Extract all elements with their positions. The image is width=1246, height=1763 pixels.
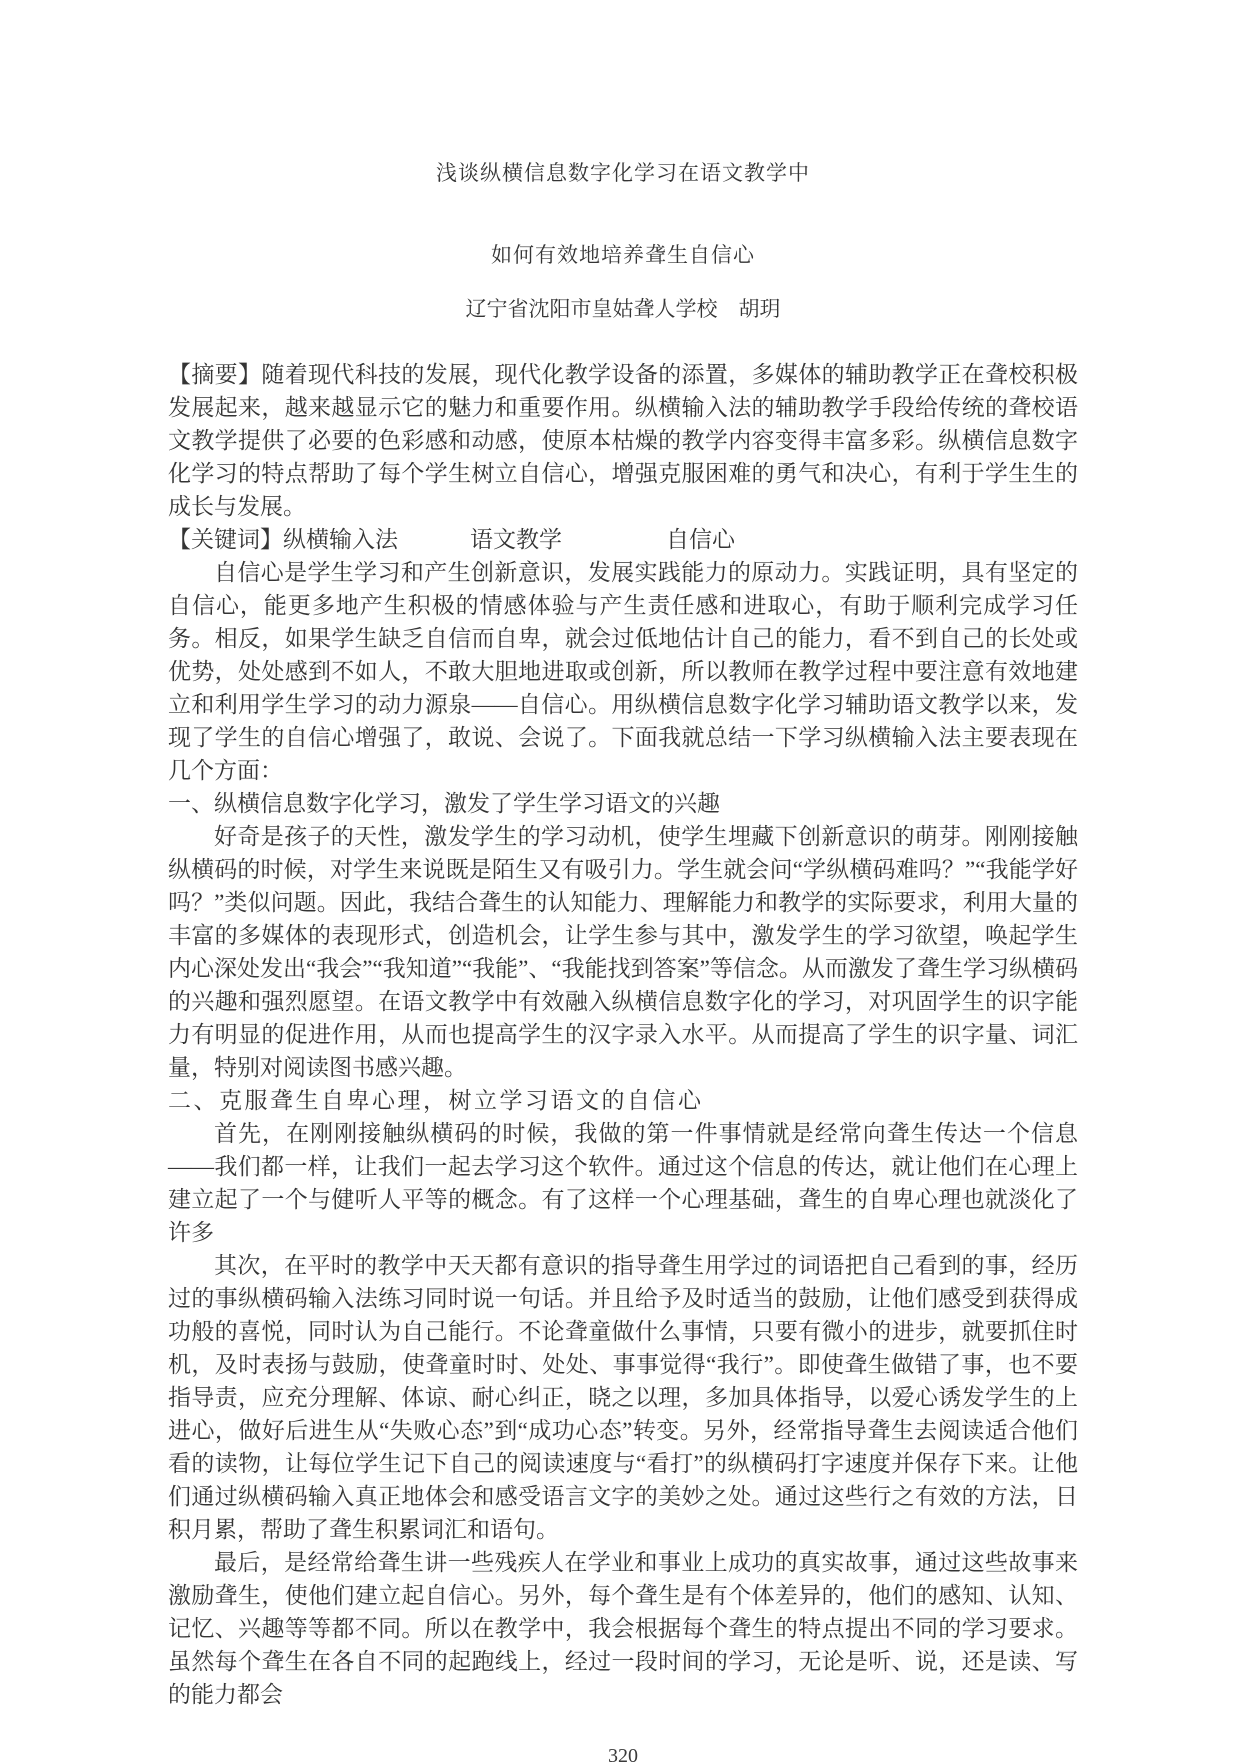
section-2-paragraph-first: 首先，在刚刚接触纵横码的时候，我做的第一件事情就是经常向聋生传达一个信息——我们… [168, 1117, 1078, 1249]
keyword-item: 纵横输入法 [283, 527, 398, 552]
author-affiliation-line: 辽宁省沈阳市皇姑聋人学校 胡玥 [168, 294, 1078, 324]
abstract-paragraph: 【摘要】随着现代科技的发展，现代化教学设备的添置，多媒体的辅助教学正在聋校积极发… [168, 358, 1078, 523]
document-page: 浅谈纵横信息数字化学习在语文教学中 如何有效地培养聋生自信心 辽宁省沈阳市皇姑聋… [0, 0, 1246, 1763]
section-heading-1: 一、纵横信息数字化学习，激发了学生学习语文的兴趣 [168, 787, 1078, 820]
page-number: 320 [168, 1745, 1078, 1763]
abstract-label: 【摘要】 [168, 362, 261, 387]
document-body: 【摘要】随着现代科技的发展，现代化教学设备的添置，多媒体的辅助教学正在聋校积极发… [168, 358, 1078, 1711]
section-2-paragraph-last: 最后，是经常给聋生讲一些残疾人在学业和事业上成功的真实故事，通过这些故事来激励聋… [168, 1546, 1078, 1711]
intro-paragraph: 自信心是学生学习和产生创新意识，发展实践能力的原动力。实践证明，具有坚定的自信心… [168, 556, 1078, 787]
abstract-text: 随着现代科技的发展，现代化教学设备的添置，多媒体的辅助教学正在聋校积极发展起来，… [168, 362, 1078, 519]
section-heading-2: 二、克服聋生自卑心理，树立学习语文的自信心 [168, 1084, 1078, 1117]
keywords-label: 【关键词】 [168, 527, 283, 552]
keyword-item: 自信心 [666, 527, 735, 552]
section-1-paragraph: 好奇是孩子的天性，激发学生的学习动机，使学生埋藏下创新意识的萌芽。刚刚接触纵横码… [168, 820, 1078, 1084]
page-title: 浅谈纵横信息数字化学习在语文教学中 [168, 158, 1078, 188]
section-2-paragraph-second: 其次，在平时的教学中天天都有意识的指导聋生用学过的词语把自己看到的事，经历过的事… [168, 1249, 1078, 1546]
keyword-item: 语文教学 [470, 527, 562, 552]
keywords-line: 【关键词】纵横输入法语文教学自信心 [168, 523, 1078, 556]
page-subtitle: 如何有效地培养聋生自信心 [168, 240, 1078, 270]
document-header: 浅谈纵横信息数字化学习在语文教学中 如何有效地培养聋生自信心 辽宁省沈阳市皇姑聋… [168, 158, 1078, 324]
